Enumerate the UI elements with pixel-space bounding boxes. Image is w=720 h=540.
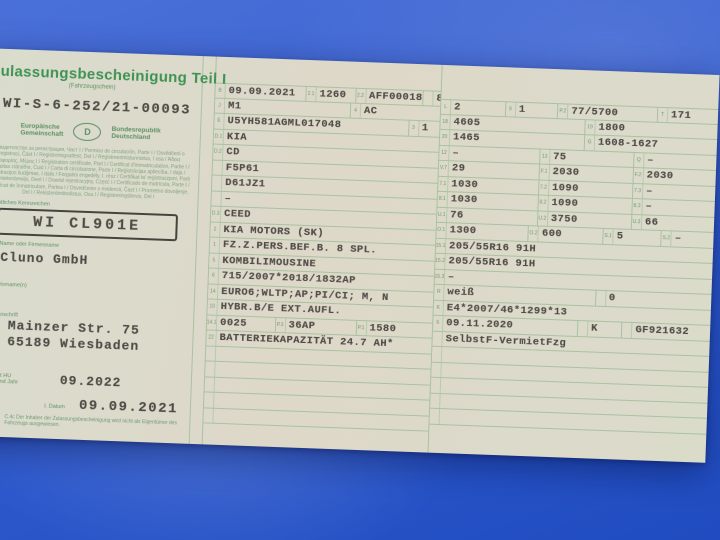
field-code: 15.2	[435, 254, 446, 269]
field-cell: S.15	[602, 229, 661, 246]
field-code: K	[434, 300, 445, 315]
vehicle-data-right-section: L291P.277/5700T171184605191800201465G160…	[428, 65, 719, 463]
field-code: U.3	[632, 214, 643, 229]
field-value: weiß	[444, 286, 474, 299]
field-code: P.2	[558, 104, 568, 118]
vehicle-data-middle-section: B09.09.20212.112602.2AFF000188JM14ACEU5Y…	[203, 57, 443, 453]
field-code	[204, 392, 215, 407]
field-code: 13	[540, 149, 551, 164]
field-value: 76	[447, 209, 464, 222]
field-cell: 31	[408, 121, 440, 137]
owner-name-value: Cluno GmbH	[0, 250, 187, 272]
field-code: U.2	[538, 211, 549, 226]
field-code	[203, 408, 214, 423]
registration-date-label: I. Datum	[44, 404, 65, 411]
field-value: CEED	[221, 208, 251, 221]
field-value: KIA	[224, 131, 248, 144]
field-code: R	[434, 285, 445, 300]
field-code: 7.3	[633, 183, 644, 198]
license-plate-box: WI CL901E	[0, 208, 178, 242]
field-code: 2	[210, 222, 221, 237]
field-value: 205/55R16 91H	[445, 255, 536, 270]
inspection-due-row: Fälligkeit HU Monat und Jahr 09.2022	[0, 371, 183, 393]
field-code: S.2	[662, 231, 673, 246]
field-code	[205, 361, 216, 376]
field-code: 14	[208, 284, 219, 299]
field-code: 22	[206, 330, 217, 345]
field-value: KIA MOTORS (SK)	[220, 224, 324, 240]
field-value: D61JZ1	[222, 177, 266, 191]
field-cell: 14.10025	[207, 315, 275, 332]
field-code: O.2	[529, 226, 540, 241]
field-value: 3750	[548, 213, 578, 226]
field-code: 8.1	[438, 192, 449, 207]
field-value: 77/5700	[568, 105, 618, 119]
field-cell: F.22030	[632, 168, 716, 186]
field-cell: Q–	[633, 152, 717, 170]
field-code: P.1	[356, 320, 367, 335]
field-value: 1030	[448, 193, 478, 206]
field-value: –	[449, 147, 459, 159]
field-value: –	[643, 185, 653, 197]
field-code: V.7	[439, 161, 450, 176]
field-value: 2030	[549, 166, 579, 179]
field-code: 7.2	[539, 180, 550, 195]
field-code: 19	[585, 120, 596, 135]
field-code	[430, 393, 441, 408]
field-code: 3	[409, 121, 420, 136]
field-code: F.1	[539, 165, 550, 180]
field-cell: T171	[657, 108, 718, 124]
field-code: P.3	[275, 317, 286, 332]
field-value: 1580	[366, 322, 396, 335]
field-value: –	[644, 154, 654, 166]
field-code: 6	[433, 316, 444, 331]
field-code: 20	[440, 130, 451, 145]
field-value: 36AP	[285, 319, 315, 332]
field-code	[213, 160, 224, 175]
field-cell: L2	[441, 100, 505, 116]
inspection-due-value: 09.2022	[60, 373, 122, 390]
field-code: 18	[440, 114, 451, 129]
field-cell: K	[577, 321, 622, 337]
field-value: 75	[550, 151, 567, 164]
field-code	[578, 321, 589, 336]
field-code	[205, 377, 216, 392]
eu-label: Europäische Gemeinschaft	[20, 122, 64, 139]
footnote-text: C.4c Der Inhaber der Zulassungsbescheini…	[4, 414, 181, 432]
field-value: –	[642, 201, 652, 213]
field-code: 10	[207, 299, 218, 314]
field-value: 600	[539, 228, 563, 241]
field-code: U.1	[437, 207, 448, 222]
field-code: D.1	[214, 129, 225, 144]
field-value: 1090	[549, 182, 579, 195]
owner-firstname-label: C.1.2 Vorname(n)	[0, 282, 186, 295]
field-cell: 8	[422, 91, 440, 105]
field-value: 2030	[643, 170, 673, 183]
country-oval-d-icon: D	[73, 122, 102, 141]
field-code	[430, 409, 441, 424]
field-code	[432, 347, 443, 362]
field-value: M1	[225, 100, 242, 113]
field-value: 1465	[450, 131, 480, 144]
field-code	[423, 91, 433, 105]
field-code: 4	[351, 103, 362, 118]
field-code: J	[215, 98, 226, 113]
field-value: 0025	[217, 317, 247, 330]
eu-header: Europäische Gemeinschaft D Bundesrepubli…	[0, 119, 192, 144]
field-code	[211, 191, 222, 206]
field-value: –	[221, 193, 231, 205]
field-value: 1800	[595, 121, 625, 134]
field-code: D.2	[213, 145, 224, 160]
field-value: 1	[516, 103, 526, 115]
field-value: 171	[668, 109, 692, 122]
field-value: 09.11.2020	[443, 317, 513, 332]
field-code: 8.3	[632, 199, 643, 214]
field-value: K	[588, 323, 598, 335]
field-code: S.1	[603, 229, 614, 244]
multilingual-text: Свидетелство за регистрация, Част I / Pe…	[0, 144, 191, 202]
field-cell: P.336AP	[274, 317, 355, 334]
field-code	[622, 323, 633, 338]
registration-document: Zulassungsbescheinigung Teil I (Fahrzeug…	[0, 48, 720, 463]
field-value: CD	[223, 146, 240, 159]
field-value: GF921632	[632, 324, 689, 338]
field-value: AC	[361, 105, 378, 118]
inspection-due-label: Fälligkeit HU Monat und Jahr	[0, 372, 38, 386]
registration-date-value: 09.09.2021	[79, 398, 179, 418]
field-code	[431, 378, 442, 393]
field-cell: P.11580	[355, 320, 432, 337]
field-value: 0	[606, 292, 616, 304]
field-value: 29	[449, 162, 466, 175]
field-value: 4605	[450, 116, 480, 129]
field-code: L	[441, 100, 451, 114]
field-code: 1	[210, 237, 221, 252]
field-code: 15.3	[435, 269, 446, 284]
field-code: Q	[634, 152, 645, 167]
field-value: 1	[419, 122, 429, 134]
field-value: U5YH581AGML017048	[224, 115, 341, 131]
field-cell: 7.3–	[632, 183, 716, 201]
field-code: 8.2	[538, 195, 549, 210]
field-cell: 2.2AFF00018	[355, 89, 423, 105]
field-code	[431, 362, 442, 377]
field-value: –	[445, 271, 455, 283]
field-code: 5	[209, 253, 220, 268]
field-cell: 2.11260	[305, 87, 355, 102]
serial-row: Nr. WI-S-6-252/21-00093	[0, 95, 193, 118]
field-value: 1090	[548, 197, 578, 210]
field-value: 1300	[446, 224, 476, 237]
field-value: 1608-1627	[595, 137, 659, 151]
field-value: 2	[451, 101, 461, 113]
field-code: O.1	[436, 223, 447, 238]
field-code	[432, 331, 443, 346]
field-value: 8	[433, 92, 440, 104]
field-cell: O.2600	[528, 226, 603, 243]
field-value: 1030	[448, 178, 478, 191]
field-code: G	[585, 135, 596, 150]
field-value: –	[672, 233, 682, 245]
field-value: 1260	[316, 88, 346, 101]
field-code: 2.2	[356, 89, 366, 103]
field-code: T	[658, 108, 668, 122]
owner-address-value: Mainzer Str. 75 65189 Wiesbaden	[7, 319, 185, 357]
field-code: 12	[439, 145, 450, 160]
field-cell: U.366	[631, 214, 715, 232]
field-cell: 8.3–	[631, 199, 715, 217]
country-label: Bundesrepublik Deutschland	[111, 125, 161, 142]
field-cell: S.2–	[661, 231, 714, 247]
field-code: 2.1	[306, 87, 316, 101]
field-value: AFF00018	[366, 90, 423, 104]
field-value: 5	[613, 231, 623, 243]
field-code	[212, 176, 223, 191]
field-code: 9	[506, 102, 516, 116]
field-value: 09.09.2021	[225, 85, 295, 100]
field-code	[206, 346, 217, 361]
field-code: 14.1	[207, 315, 218, 330]
field-code	[596, 291, 607, 306]
field-value: F5P61	[223, 162, 260, 175]
field-value: KOMBILIMOUSINE	[219, 255, 316, 271]
field-value: 205/55R16 91H	[446, 240, 537, 255]
license-plate-value: WI CL901E	[33, 214, 142, 235]
document-left-panel: Zulassungsbescheinigung Teil I (Fahrzeug…	[0, 48, 204, 444]
field-code: 6	[209, 268, 220, 283]
field-cell: 91	[505, 102, 558, 117]
field-code: E	[214, 114, 225, 129]
serial-number: WI-S-6-252/21-00093	[3, 96, 192, 119]
field-code: F.2	[633, 168, 644, 183]
field-value: 66	[642, 216, 659, 229]
field-code: 15.1	[436, 238, 447, 253]
field-code: 7.1	[438, 176, 449, 191]
field-code: D.3	[211, 207, 222, 222]
